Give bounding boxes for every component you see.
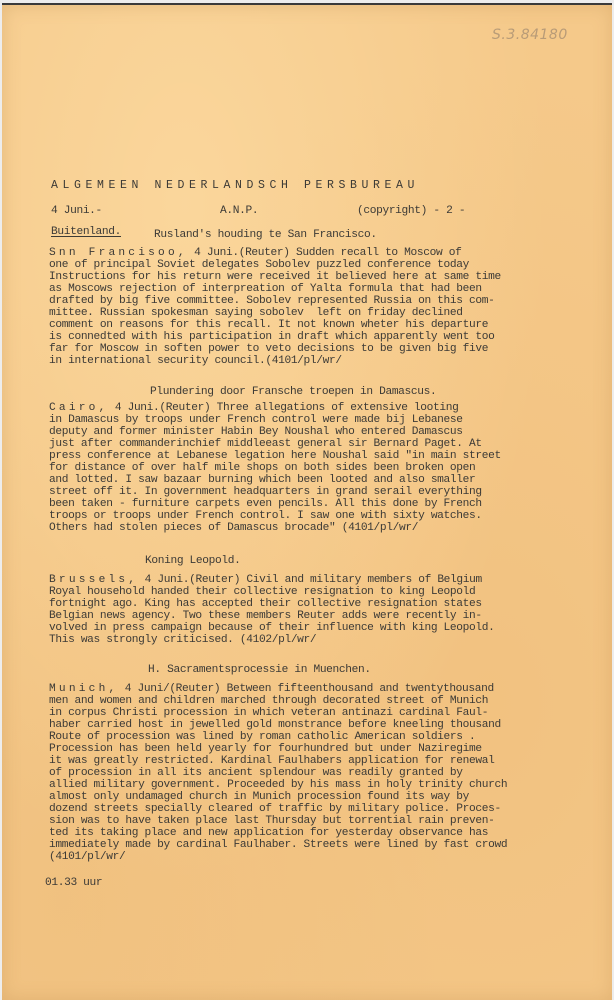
article-line: in Damascus by troops under French contr… xyxy=(49,414,463,426)
article-line: just after commanderinchief middleeast g… xyxy=(49,438,482,450)
article-line: comment on reasons for this recall. It n… xyxy=(49,319,488,331)
article-line: mittee. Russian spokesman saying sobolev… xyxy=(49,307,463,319)
article-line: Procession has been held yearly for four… xyxy=(49,743,482,755)
article-headline: Plundering door Fransche troepen in Dama… xyxy=(150,386,436,398)
article-line: been taken - furniture carpets even penc… xyxy=(49,498,482,510)
article-line: allied military government. Proceeded by… xyxy=(49,779,507,791)
document-page: S.3.84180 ALGEMEEN NEDERLANDSCH PERSBURE… xyxy=(2,3,612,1000)
article-line: fortnight ago. King has accepted their c… xyxy=(49,598,482,610)
agency-name: ALGEMEEN NEDERLANDSCH PERSBUREAU xyxy=(51,180,419,192)
article-line: drafted by big five committee. Sobolev r… xyxy=(49,295,494,307)
article-line: Route of procession was lined by roman c… xyxy=(49,731,475,743)
article-line: men and women and children marched throu… xyxy=(49,695,488,707)
article-line: Royal household handed their collective … xyxy=(49,586,475,598)
article-headline: H. Sacramentsprocessie in Muenchen. xyxy=(148,664,371,676)
article-line: street off it. In government headquarter… xyxy=(49,486,482,498)
article-line: volved in press campaign because of thei… xyxy=(49,622,494,634)
article-line: troops or troops under French control. I… xyxy=(49,510,482,522)
article-line: Others had stolen pieces of Damascus bro… xyxy=(49,522,418,534)
archive-number: S.3.84180 xyxy=(492,27,568,43)
article-line: of procession in all its ancient splendo… xyxy=(49,767,463,779)
article-line: Munich, 4 Juni/(Reuter) Between fifteent… xyxy=(49,683,494,695)
article-line: Snn Francisoo, 4 Juni.(Reuter) Sudden re… xyxy=(49,247,461,259)
copyright-page-number: (copyright) - 2 - xyxy=(357,205,465,217)
article-line: This was strongly criticised. (4102/pl/w… xyxy=(49,634,316,646)
bulletin-date: 4 Juni.- xyxy=(51,205,102,217)
article-line: sion was to have taken place last Thursd… xyxy=(49,815,494,827)
article-line: for distance of over half mile shops on … xyxy=(49,462,475,474)
article-headline: Rusland's houding te San Francisco. xyxy=(154,229,377,241)
article-line: almost only undamaged church in Munich p… xyxy=(49,791,469,803)
article-line: Instructions for his return were receive… xyxy=(49,271,501,283)
article-line: and lotted. I saw bazaar burning which b… xyxy=(49,474,475,486)
article-line: (4101/pl/wr/ xyxy=(49,851,125,863)
section-label: Buitenland. xyxy=(51,226,121,238)
article-line: in international security council.(4101/… xyxy=(49,355,342,367)
transmission-time: 01.33 uur xyxy=(45,877,102,889)
agency-abbreviation: A.N.P. xyxy=(220,205,258,217)
article-line: Brussels, 4 Juni.(Reuter) Civil and mili… xyxy=(49,574,482,586)
article-line: Cairo, 4 Juni.(Reuter) Three allegations… xyxy=(49,402,458,414)
dateline-city: Snn Francisoo, xyxy=(49,247,188,259)
article-line: as Moscows rejection of interpreation of… xyxy=(49,283,482,295)
dateline-city: Munich, xyxy=(49,683,118,695)
article-line: press conference at Lebanese legation he… xyxy=(49,450,501,462)
article-headline: Koning Leopold. xyxy=(145,555,240,567)
article-line: in corpus Christi procession in which ve… xyxy=(49,707,488,719)
article-line: is connedted with his participation in d… xyxy=(49,331,494,343)
article-line: haber carried host in jewelled gold mons… xyxy=(49,719,501,731)
article-line: immediately made by cardinal Faulhaber. … xyxy=(49,839,507,851)
dateline-city: Cairo, xyxy=(49,402,108,414)
article-line: deputy and former minister Habin Bey Nou… xyxy=(49,426,463,438)
article-line: it was greatly restricted. Kardinal Faul… xyxy=(49,755,494,767)
article-line: dozend streets specially cleared of traf… xyxy=(49,803,501,815)
article-line: Belgian news agency. Two these members R… xyxy=(49,610,482,622)
article-line: ted its taking place and new application… xyxy=(49,827,488,839)
article-line: one of principal Soviet delegates Sobole… xyxy=(49,259,469,271)
article-line: far for Moscow in soften power to veto d… xyxy=(49,343,488,355)
dateline-city: Brussels, xyxy=(49,574,138,586)
